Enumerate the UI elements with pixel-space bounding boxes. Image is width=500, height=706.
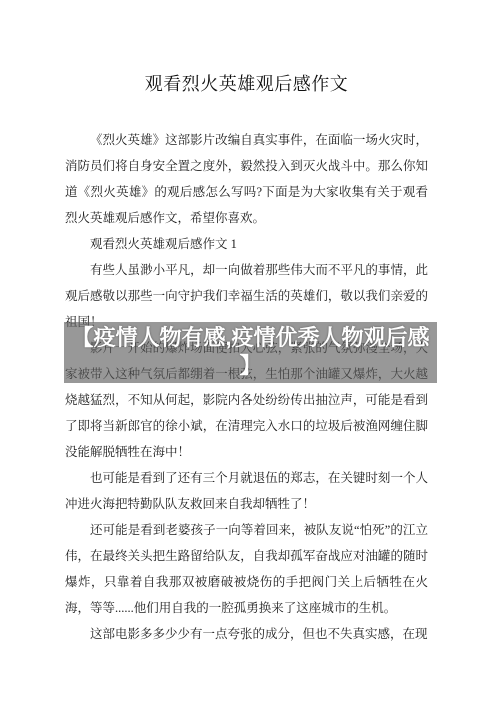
related-article-banner-text-line2: 】 — [64, 352, 437, 380]
essay-paragraph-intro: 《烈火英雄》这部影片改编自真实事件，在面临一场火灾时，消防员们将自身安全置之度外… — [65, 127, 428, 231]
essay-paragraph: 这部电影多多少少有一点夸张的成分，但也不失真实感，在现 — [65, 621, 428, 647]
essay-paragraph: 还可能是看到老婆孩子一向等着回来，被队友说“怕死”的江立伟，在最终关头把生路留给… — [65, 517, 428, 621]
essay-body: 《烈火英雄》这部影片改编自真实事件，在面临一场火灾时，消防员们将自身安全置之度外… — [65, 127, 428, 647]
essay-paragraph: 也可能是看到了还有三个月就退伍的郑志，在关键时刻一个人冲进火海把特勤队队友救回来… — [65, 465, 428, 517]
page-title: 观看烈火英雄观后感作文 — [65, 72, 428, 96]
related-article-banner-text-line1: 【疫情人物有感,疫情优秀人物观后感 — [64, 324, 437, 352]
essay-subtitle: 观看烈火英雄观后感作文 1 — [65, 231, 428, 257]
related-article-banner[interactable]: 【疫情人物有感,疫情优秀人物观后感 】 — [64, 322, 437, 383]
